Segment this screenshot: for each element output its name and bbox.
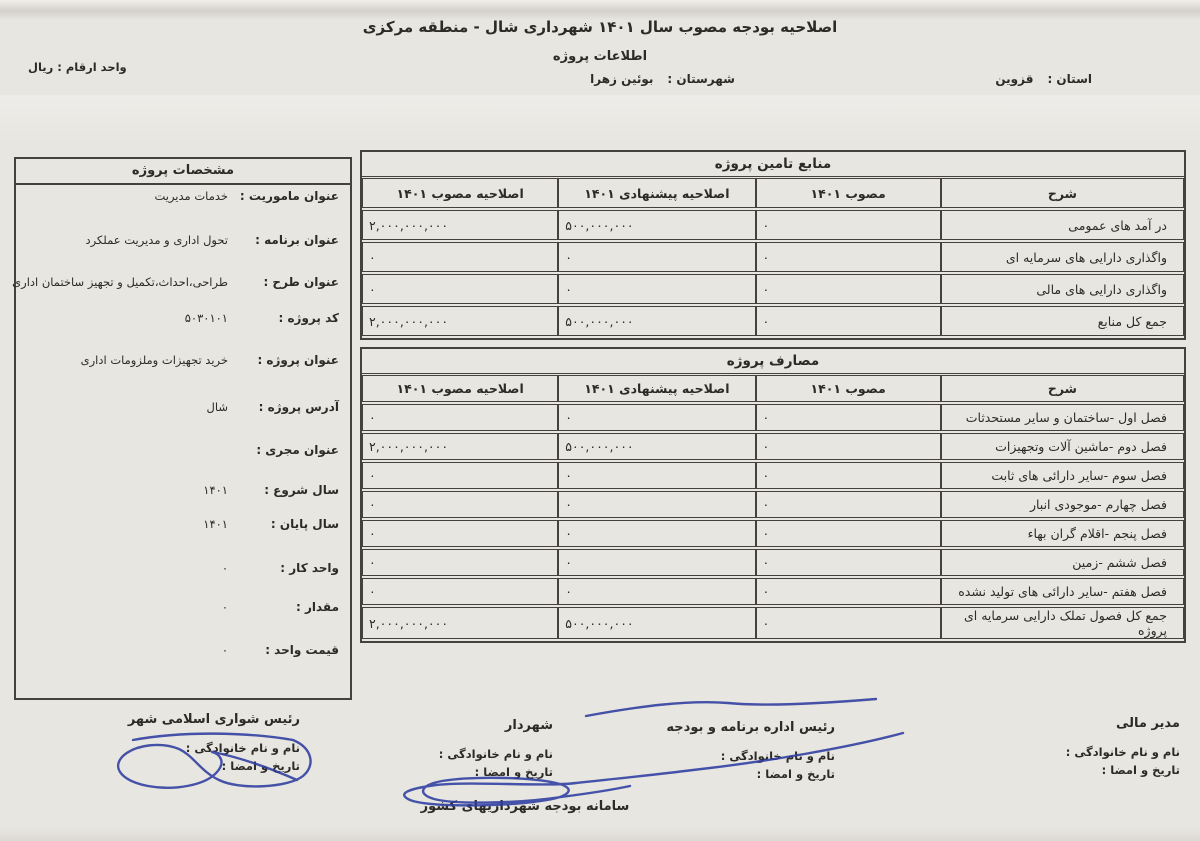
spec-label: کد پروژه : <box>228 311 350 325</box>
table-row: در آمد های عمومی ۰ ۵۰۰,۰۰۰,۰۰۰ ۲,۰۰۰,۰۰۰… <box>362 210 1184 240</box>
cell-desc: واگذاری دارایی های مالی <box>941 274 1184 304</box>
signature-title: رئیس شواری اسلامی شهر <box>128 712 300 727</box>
header-approved: مصوب ۱۴۰۱ <box>756 375 941 402</box>
spec-value: خرید تجهیزات وملزومات اداری <box>16 353 228 367</box>
county-label: شهرستان : <box>667 72 735 86</box>
table-row: واگذاری دارایی های مالی ۰ ۰ ۰ <box>362 274 1184 304</box>
signature-block-budget-office-head: رئیس اداره برنامه و بودجه نام و نام خانو… <box>666 720 835 783</box>
spec-label: قیمت واحد : <box>228 643 350 657</box>
cell-desc: فصل پنجم -اقلام گران بهاء <box>941 520 1184 547</box>
cell-desc: در آمد های عمومی <box>941 210 1184 240</box>
uses-header-row: شرح مصوب ۱۴۰۱ اصلاحیه پیشنهادی ۱۴۰۱ اصلا… <box>362 375 1184 402</box>
sources-header-row: شرح مصوب ۱۴۰۱ اصلاحیه پیشنهادی ۱۴۰۱ اصلا… <box>362 178 1184 208</box>
cell-proposed: ۰ <box>565 282 572 297</box>
spec-start-year: سال شروع : ۱۴۰۱ <box>16 483 350 497</box>
spec-value: ۱۴۰۱ <box>16 483 228 497</box>
cell-amended: ۰ <box>369 526 376 541</box>
cell-approved: ۰ <box>763 616 770 631</box>
cell-approved: ۰ <box>763 314 770 329</box>
signature-title: رئیس اداره برنامه و بودجه <box>666 720 835 735</box>
spec-executor: عنوان مجری : <box>16 443 350 457</box>
spec-value: تحول اداری و مدیریت عملکرد <box>16 233 228 247</box>
cell-approved: ۰ <box>763 555 770 570</box>
spec-value: طراحی،احداث،تکمیل و تجهیز ساختمان اداری <box>12 275 228 289</box>
header-desc: شرح <box>941 178 1184 208</box>
spec-label: سال شروع : <box>228 483 350 497</box>
spec-label: آدرس پروژه : <box>228 400 350 414</box>
cell-amended: ۲,۰۰۰,۰۰۰,۰۰۰ <box>369 439 448 454</box>
table-row: فصل دوم -ماشین آلات وتجهیزات ۰ ۵۰۰,۰۰۰,۰… <box>362 433 1184 460</box>
cell-approved: ۰ <box>763 526 770 541</box>
spec-value: شال <box>16 400 228 414</box>
cell-amended: ۰ <box>369 282 376 297</box>
project-specs-panel: مشخصات پروژه عنوان ماموریت : خدمات مدیری… <box>14 157 352 700</box>
project-funding-sources-table: منابع تامین پروژه شرح مصوب ۱۴۰۱ اصلاحیه … <box>360 150 1186 340</box>
specs-panel-title: مشخصات پروژه <box>16 159 350 185</box>
cell-proposed: ۵۰۰,۰۰۰,۰۰۰ <box>565 314 633 329</box>
name-label: نام و نام خانوادگی : <box>666 747 835 765</box>
sources-table-title: منابع تامین پروژه <box>362 152 1184 177</box>
cell-desc: جمع کل منابع <box>941 306 1184 336</box>
signature-block-council-head: رئیس شواری اسلامی شهر نام و نام خانوادگی… <box>128 712 300 775</box>
cell-amended: ۰ <box>369 584 376 599</box>
table-row: فصل هفتم -سایر دارائی های تولید نشده ۰ ۰… <box>362 578 1184 605</box>
table-row: فصل پنجم -اقلام گران بهاء ۰ ۰ ۰ <box>362 520 1184 547</box>
spec-label: واحد کار : <box>228 561 350 575</box>
cell-proposed: ۰ <box>565 468 572 483</box>
province-label: استان : <box>1047 72 1092 86</box>
table-row: واگذاری دارایی های سرمایه ای ۰ ۰ ۰ <box>362 242 1184 272</box>
name-label: نام و نام خانوادگی : <box>1066 743 1180 761</box>
cell-amended: ۲,۰۰۰,۰۰۰,۰۰۰ <box>369 314 448 329</box>
spec-value: ۱۴۰۱ <box>16 517 228 531</box>
header-amended: اصلاحیه مصوب ۱۴۰۱ <box>362 178 558 208</box>
cell-desc: فصل اول -ساختمان و سایر مستحدثات <box>941 404 1184 431</box>
spec-project-address: آدرس پروژه : شال <box>16 400 350 414</box>
spec-label: عنوان پروژه : <box>228 353 350 367</box>
cell-approved: ۰ <box>763 218 770 233</box>
header-approved: مصوب ۱۴۰۱ <box>756 178 941 208</box>
cell-proposed: ۵۰۰,۰۰۰,۰۰۰ <box>565 218 633 233</box>
signature-block-mayor: شهردار نام و نام خانوادگی : تاریخ و امضا… <box>439 718 553 781</box>
cell-proposed: ۵۰۰,۰۰۰,۰۰۰ <box>565 439 633 454</box>
header-proposed: اصلاحیه پیشنهادی ۱۴۰۱ <box>558 375 755 402</box>
spec-quantity: مقدار : ۰ <box>16 600 350 614</box>
spec-label: عنوان برنامه : <box>228 233 350 247</box>
county-field: شهرستان : بوئین زهرا <box>590 72 735 86</box>
spec-mission: عنوان ماموریت : خدمات مدیریت <box>16 189 350 203</box>
spec-label: عنوان ماموریت : <box>228 189 350 203</box>
cell-amended: ۰ <box>369 468 376 483</box>
cell-approved: ۰ <box>763 282 770 297</box>
cell-proposed: ۰ <box>565 526 572 541</box>
spec-program: عنوان برنامه : تحول اداری و مدیریت عملکر… <box>16 233 350 247</box>
spec-value: خدمات مدیریت <box>16 189 228 203</box>
spec-value: ۰ <box>16 600 228 614</box>
cell-desc: فصل هفتم -سایر دارائی های تولید نشده <box>941 578 1184 605</box>
province-field: استان : قزوین <box>995 72 1092 86</box>
cell-desc: جمع کل فصول تملک دارایی سرمایه ای پروژه <box>941 607 1184 639</box>
table-row-total: جمع کل منابع ۰ ۵۰۰,۰۰۰,۰۰۰ ۲,۰۰۰,۰۰۰,۰۰۰ <box>362 306 1184 336</box>
spec-project-title: عنوان پروژه : خرید تجهیزات وملزومات ادار… <box>16 353 350 367</box>
document-subtitle: اطلاعات پروژه <box>0 49 1200 64</box>
cell-desc: فصل چهارم -موجودی انبار <box>941 491 1184 518</box>
cell-desc: فصل سوم -سایر دارائی های ثابت <box>941 462 1184 489</box>
spec-label: عنوان مجری : <box>228 443 350 457</box>
cell-approved: ۰ <box>763 439 770 454</box>
spec-unit-price: قیمت واحد : ۰ <box>16 643 350 657</box>
date-signature-label: تاریخ و امضا : <box>666 765 835 783</box>
signature-block-finance-manager: مدیر مالی نام و نام خانوادگی : تاریخ و ا… <box>1066 716 1180 779</box>
spec-value: ۰ <box>16 561 228 575</box>
name-label: نام و نام خانوادگی : <box>439 745 553 763</box>
spec-work-unit: واحد کار : ۰ <box>16 561 350 575</box>
cell-desc: فصل دوم -ماشین آلات وتجهیزات <box>941 433 1184 460</box>
table-row: فصل ششم -زمین ۰ ۰ ۰ <box>362 549 1184 576</box>
spec-value: ۵۰۳۰۱۰۱ <box>16 311 228 325</box>
spec-value: ۰ <box>16 643 228 657</box>
cell-proposed: ۰ <box>565 584 572 599</box>
spec-project-code: کد پروژه : ۵۰۳۰۱۰۱ <box>16 311 350 325</box>
uses-table-grid: شرح مصوب ۱۴۰۱ اصلاحیه پیشنهادی ۱۴۰۱ اصلا… <box>362 373 1184 641</box>
spec-label: عنوان طرح : <box>228 275 350 289</box>
cell-amended: ۰ <box>369 497 376 512</box>
cell-proposed: ۵۰۰,۰۰۰,۰۰۰ <box>565 616 633 631</box>
document-title: اصلاحیه بودجه مصوب سال ۱۴۰۱ شهرداری شال … <box>0 18 1200 36</box>
date-signature-label: تاریخ و امضا : <box>1066 761 1180 779</box>
cell-amended: ۲,۰۰۰,۰۰۰,۰۰۰ <box>369 616 448 631</box>
signature-title: مدیر مالی <box>1066 716 1180 731</box>
cell-proposed: ۰ <box>565 410 572 425</box>
cell-approved: ۰ <box>763 497 770 512</box>
signature-title: شهردار <box>439 718 553 733</box>
cell-amended: ۰ <box>369 410 376 425</box>
cell-approved: ۰ <box>763 468 770 483</box>
cell-proposed: ۰ <box>565 250 572 265</box>
county-value: بوئین زهرا <box>590 72 653 86</box>
scan-light-band <box>0 95 1200 145</box>
table-row-total: جمع کل فصول تملک دارایی سرمایه ای پروژه … <box>362 607 1184 639</box>
unit-of-figures-note: واحد ارقام : ریال <box>28 60 127 74</box>
scanned-budget-form: اصلاحیه بودجه مصوب سال ۱۴۰۱ شهرداری شال … <box>0 0 1200 841</box>
spec-end-year: سال پایان : ۱۴۰۱ <box>16 517 350 531</box>
cell-desc: فصل ششم -زمین <box>941 549 1184 576</box>
cell-amended: ۰ <box>369 250 376 265</box>
table-row: فصل اول -ساختمان و سایر مستحدثات ۰ ۰ ۰ <box>362 404 1184 431</box>
table-row: فصل سوم -سایر دارائی های ثابت ۰ ۰ ۰ <box>362 462 1184 489</box>
province-value: قزوین <box>995 72 1033 86</box>
date-signature-label: تاریخ و امضا : <box>439 763 553 781</box>
date-signature-label: تاریخ و امضا : <box>128 757 300 775</box>
pen-stroke-budget-swoosh <box>586 699 876 716</box>
cell-approved: ۰ <box>763 410 770 425</box>
cell-approved: ۰ <box>763 250 770 265</box>
system-footer-note: سامانه بودجه شهرداریهای کشور <box>405 799 645 814</box>
sources-table-grid: شرح مصوب ۱۴۰۱ اصلاحیه پیشنهادی ۱۴۰۱ اصلا… <box>362 176 1184 338</box>
cell-proposed: ۰ <box>565 497 572 512</box>
header-desc: شرح <box>941 375 1184 402</box>
uses-table-title: مصارف پروژه <box>362 349 1184 374</box>
header-amended: اصلاحیه مصوب ۱۴۰۱ <box>362 375 558 402</box>
scan-edge-shadow-top <box>0 0 1200 20</box>
project-expenditures-table: مصارف پروژه شرح مصوب ۱۴۰۱ اصلاحیه پیشنها… <box>360 347 1186 643</box>
table-row: فصل چهارم -موجودی انبار ۰ ۰ ۰ <box>362 491 1184 518</box>
scan-edge-shadow-bottom <box>0 827 1200 841</box>
spec-label: سال پایان : <box>228 517 350 531</box>
cell-desc: واگذاری دارایی های سرمایه ای <box>941 242 1184 272</box>
cell-amended: ۲,۰۰۰,۰۰۰,۰۰۰ <box>369 218 448 233</box>
name-label: نام و نام خانوادگی : <box>128 739 300 757</box>
cell-proposed: ۰ <box>565 555 572 570</box>
spec-label: مقدار : <box>228 600 350 614</box>
spec-plan: عنوان طرح : طراحی،احداث،تکمیل و تجهیز سا… <box>16 275 350 289</box>
cell-approved: ۰ <box>763 584 770 599</box>
header-proposed: اصلاحیه پیشنهادی ۱۴۰۱ <box>558 178 755 208</box>
cell-amended: ۰ <box>369 555 376 570</box>
